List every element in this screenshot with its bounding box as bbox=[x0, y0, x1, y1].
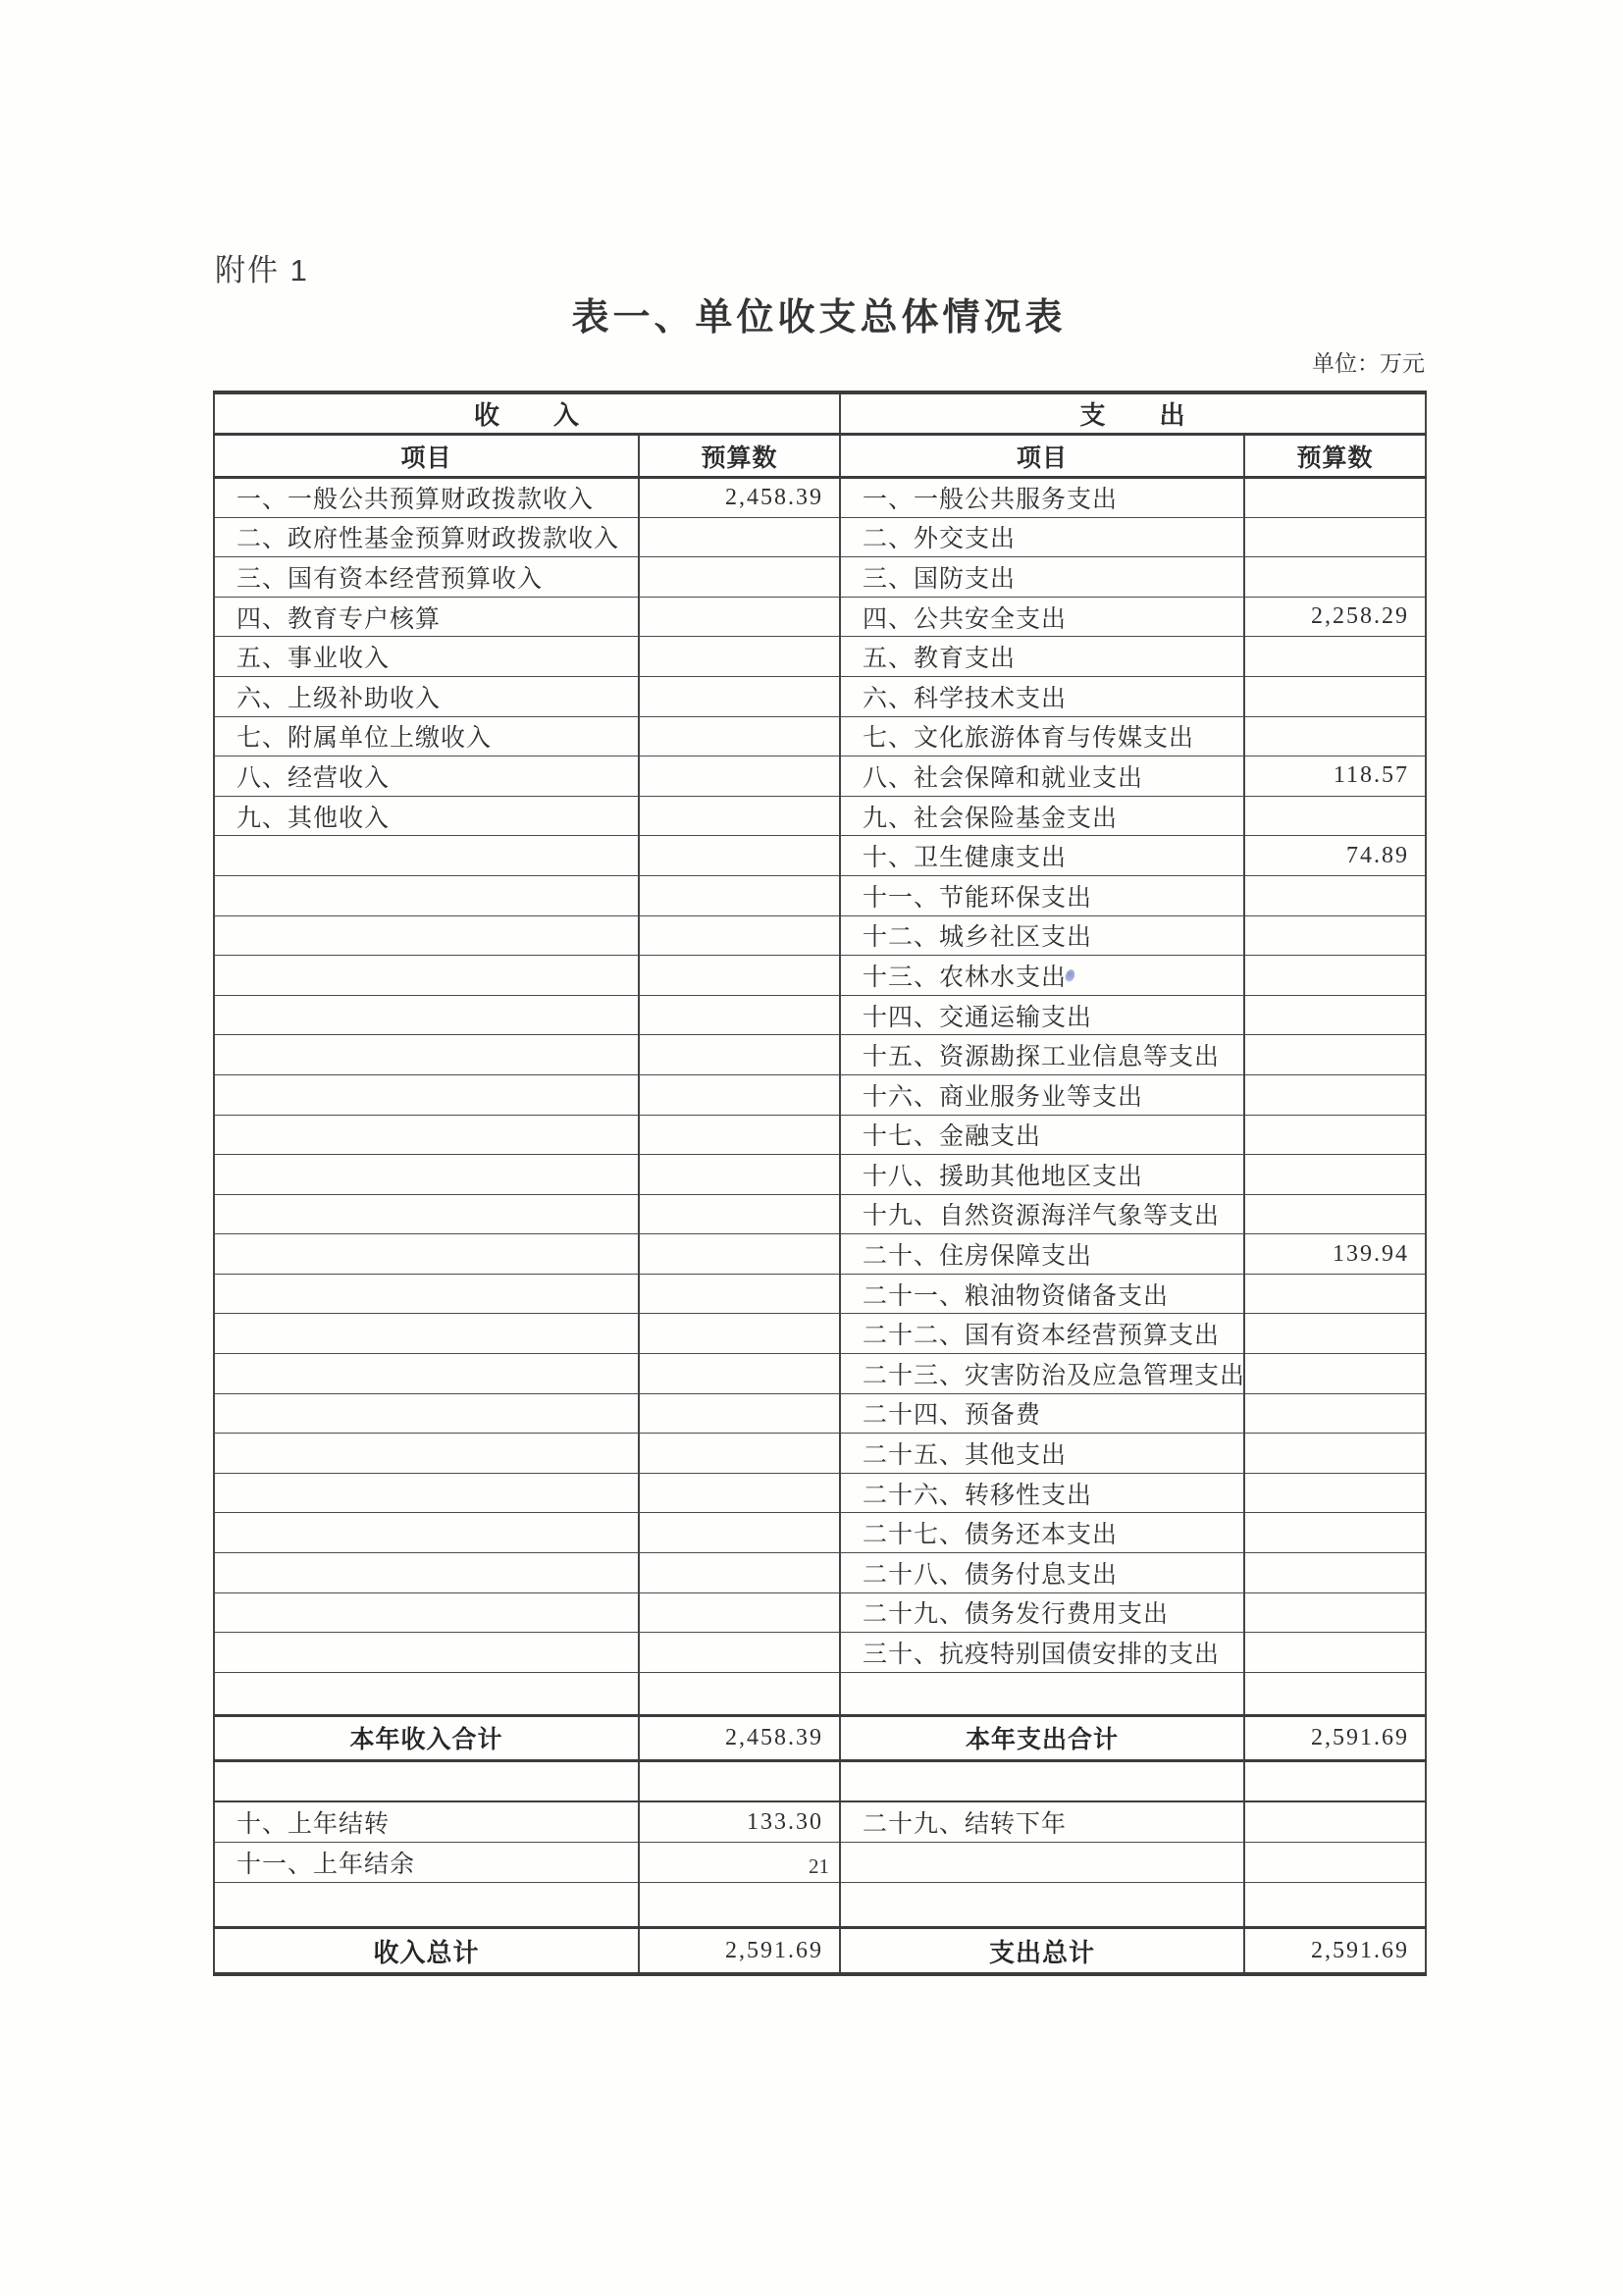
expense-item-cell: 二十四、预备费 bbox=[840, 1393, 1244, 1434]
income-item-cell: 十、上年结转 bbox=[214, 1801, 639, 1842]
income-value-cell bbox=[639, 836, 840, 876]
income-grand-total-value: 2,591.69 bbox=[639, 1927, 840, 1974]
income-item-cell bbox=[214, 1553, 639, 1593]
income-item-cell: 七、附属单位上缴收入 bbox=[214, 716, 639, 757]
table-row: 十、卫生健康支出74.89 bbox=[214, 836, 1426, 876]
table-row: 十九、自然资源海洋气象等支出 bbox=[214, 1194, 1426, 1234]
expense-value-cell bbox=[1244, 716, 1426, 757]
expense-section-header: 支 出 bbox=[840, 392, 1426, 435]
empty-cell bbox=[639, 1760, 840, 1801]
expense-item-cell: 五、教育支出 bbox=[840, 637, 1244, 677]
income-value-cell bbox=[639, 1633, 840, 1673]
table-row: 二十三、灾害防治及应急管理支出 bbox=[214, 1354, 1426, 1394]
income-value-cell bbox=[639, 1155, 840, 1195]
table-row: 六、上级补助收入六、科学技术支出 bbox=[214, 676, 1426, 716]
expense-value-cell bbox=[1244, 1473, 1426, 1513]
empty-cell bbox=[639, 1672, 840, 1715]
table-row: 八、经营收入八、社会保障和就业支出118.57 bbox=[214, 757, 1426, 797]
expense-value-cell bbox=[1244, 1354, 1426, 1394]
scanned-page: 附件 1 表一、单位收支总体情况表 单位：万元 收 入 支 出 项目 预算数 项… bbox=[0, 0, 1623, 2296]
table-row: 十七、金融支出 bbox=[214, 1115, 1426, 1155]
income-value-cell bbox=[639, 1194, 840, 1234]
expense-item-cell: 二十七、债务还本支出 bbox=[840, 1513, 1244, 1553]
income-item-cell bbox=[214, 875, 639, 915]
income-value-cell bbox=[639, 956, 840, 996]
income-value-cell bbox=[639, 716, 840, 757]
table-body: 一、一般公共预算财政拨款收入2,458.39一、一般公共服务支出二、政府性基金预… bbox=[214, 478, 1426, 1975]
expense-item-cell: 二十六、转移性支出 bbox=[840, 1473, 1244, 1513]
income-item-cell bbox=[214, 1074, 639, 1115]
spacer-row bbox=[214, 1760, 1426, 1801]
income-item-cell bbox=[214, 1155, 639, 1195]
income-grand-total-label: 收入总计 bbox=[214, 1927, 639, 1974]
expense-value-cell bbox=[1244, 1194, 1426, 1234]
expense-item-cell: 二十、住房保障支出 bbox=[840, 1234, 1244, 1275]
income-value-cell bbox=[639, 676, 840, 716]
table-row: 二十六、转移性支出 bbox=[214, 1473, 1426, 1513]
income-value-cell bbox=[639, 1553, 840, 1593]
income-value-cell: 133.30 bbox=[639, 1801, 840, 1842]
empty-cell bbox=[840, 1760, 1244, 1801]
income-value-cell bbox=[639, 1513, 840, 1553]
expense-value-cell: 2,258.29 bbox=[1244, 597, 1426, 637]
annual-income-total-label: 本年收入合计 bbox=[214, 1715, 639, 1760]
expense-value-cell bbox=[1244, 557, 1426, 598]
table-row: 二十、住房保障支出139.94 bbox=[214, 1234, 1426, 1275]
attachment-label: 附件 1 bbox=[215, 245, 309, 289]
income-item-cell bbox=[214, 1633, 639, 1673]
expense-item-cell: 二十三、灾害防治及应急管理支出 bbox=[840, 1354, 1244, 1394]
income-value-cell bbox=[639, 915, 840, 956]
empty-cell bbox=[1244, 1672, 1426, 1715]
table-row: 十六、商业服务业等支出 bbox=[214, 1074, 1426, 1115]
expense-value-cell: 139.94 bbox=[1244, 1234, 1426, 1275]
empty-cell bbox=[1244, 1882, 1426, 1927]
income-value-cell bbox=[639, 1592, 840, 1633]
expense-value-cell bbox=[1244, 1393, 1426, 1434]
income-value-cell bbox=[639, 557, 840, 598]
expense-value-cell: 118.57 bbox=[1244, 757, 1426, 797]
table-row: 十八、援助其他地区支出 bbox=[214, 1155, 1426, 1195]
expense-item-cell: 二十五、其他支出 bbox=[840, 1434, 1244, 1474]
table-row: 十二、城乡社区支出 bbox=[214, 915, 1426, 956]
annual-expense-total-value: 2,591.69 bbox=[1244, 1715, 1426, 1760]
expense-item-cell: 十、卫生健康支出 bbox=[840, 836, 1244, 876]
section-header-row: 收 入 支 出 bbox=[214, 392, 1426, 435]
expense-item-cell: 三、国防支出 bbox=[840, 557, 1244, 598]
expense-item-cell: 八、社会保障和就业支出 bbox=[840, 757, 1244, 797]
annual-subtotal-row: 本年收入合计2,458.39本年支出合计2,591.69 bbox=[214, 1715, 1426, 1760]
annual-expense-total-label: 本年支出合计 bbox=[840, 1715, 1244, 1760]
table-row: 三十、抗疫特别国债安排的支出 bbox=[214, 1633, 1426, 1673]
expense-grand-total-label: 支出总计 bbox=[840, 1927, 1244, 1974]
income-value-cell bbox=[639, 637, 840, 677]
expense-value-cell bbox=[1244, 1513, 1426, 1553]
expense-value-cell bbox=[1244, 1074, 1426, 1115]
expense-item-cell: 二十一、粮油物资储备支出 bbox=[840, 1274, 1244, 1314]
income-item-cell bbox=[214, 1473, 639, 1513]
income-value-cell: 2,458.39 bbox=[639, 478, 840, 518]
expense-value-cell bbox=[1244, 1801, 1426, 1842]
expense-item-cell: 十六、商业服务业等支出 bbox=[840, 1074, 1244, 1115]
expense-item-cell: 十七、金融支出 bbox=[840, 1115, 1244, 1155]
income-item-cell: 九、其他收入 bbox=[214, 796, 639, 836]
expense-item-cell: 十一、节能环保支出 bbox=[840, 875, 1244, 915]
income-item-cell bbox=[214, 995, 639, 1035]
expense-value-cell bbox=[1244, 1274, 1426, 1314]
income-item-cell bbox=[214, 1592, 639, 1633]
empty-cell bbox=[639, 1882, 840, 1927]
expense-item-cell: 二十九、债务发行费用支出 bbox=[840, 1592, 1244, 1633]
empty-cell bbox=[840, 1672, 1244, 1715]
income-item-cell bbox=[214, 1115, 639, 1155]
table-row: 二、政府性基金预算财政拨款收入二、外交支出 bbox=[214, 517, 1426, 557]
income-item-cell bbox=[214, 1513, 639, 1553]
income-value-cell bbox=[639, 1074, 840, 1115]
income-item-cell bbox=[214, 1354, 639, 1394]
expense-value-cell bbox=[1244, 1434, 1426, 1474]
income-value-cell bbox=[639, 1035, 840, 1075]
table-row: 九、其他收入九、社会保险基金支出 bbox=[214, 796, 1426, 836]
column-header-row: 项目 预算数 项目 预算数 bbox=[214, 435, 1426, 478]
expense-value-cell bbox=[1244, 875, 1426, 915]
expense-value-cell bbox=[1244, 1592, 1426, 1633]
empty-cell bbox=[214, 1672, 639, 1715]
income-value-cell bbox=[639, 1434, 840, 1474]
income-item-cell bbox=[214, 1274, 639, 1314]
spacer-row bbox=[214, 1672, 1426, 1715]
empty-cell bbox=[214, 1882, 639, 1927]
expense-value-cell bbox=[1244, 796, 1426, 836]
income-item-cell: 八、经营收入 bbox=[214, 757, 639, 797]
table-header: 收 入 支 出 项目 预算数 项目 预算数 bbox=[214, 392, 1426, 478]
income-value-cell bbox=[639, 517, 840, 557]
expense-value-cell: 74.89 bbox=[1244, 836, 1426, 876]
income-item-cell bbox=[214, 1434, 639, 1474]
spacer-row bbox=[214, 1882, 1426, 1927]
income-item-cell: 六、上级补助收入 bbox=[214, 676, 639, 716]
expense-item-cell: 二十八、债务付息支出 bbox=[840, 1553, 1244, 1593]
expense-item-cell: 十三、农林水支出 bbox=[840, 956, 1244, 996]
income-value-cell bbox=[639, 757, 840, 797]
unit-note: 单位：万元 bbox=[213, 345, 1425, 378]
income-value-cell bbox=[639, 796, 840, 836]
expense-value-cell bbox=[1244, 517, 1426, 557]
income-value-cell bbox=[639, 1115, 840, 1155]
table-row: 二十五、其他支出 bbox=[214, 1434, 1426, 1474]
table-row: 十三、农林水支出 bbox=[214, 956, 1426, 996]
income-item-cell bbox=[214, 1194, 639, 1234]
income-value-cell bbox=[639, 597, 840, 637]
expense-value-cell bbox=[1244, 676, 1426, 716]
empty-cell bbox=[840, 1882, 1244, 1927]
table-row: 二十七、债务还本支出 bbox=[214, 1513, 1426, 1553]
budget-table: 收 入 支 出 项目 预算数 项目 预算数 一、一般公共预算财政拨款收入2,45… bbox=[213, 391, 1427, 1976]
expense-value-cell bbox=[1244, 956, 1426, 996]
carryover-row: 十、上年结转133.30二十九、结转下年 bbox=[214, 1801, 1426, 1842]
table-row: 十四、交通运输支出 bbox=[214, 995, 1426, 1035]
table-row: 十一、节能环保支出 bbox=[214, 875, 1426, 915]
table-row: 五、事业收入五、教育支出 bbox=[214, 637, 1426, 677]
income-value-cell bbox=[639, 995, 840, 1035]
income-item-cell bbox=[214, 836, 639, 876]
income-item-cell: 五、事业收入 bbox=[214, 637, 639, 677]
expense-item-cell: 十四、交通运输支出 bbox=[840, 995, 1244, 1035]
income-value-cell bbox=[639, 1274, 840, 1314]
expense-item-cell: 七、文化旅游体育与传媒支出 bbox=[840, 716, 1244, 757]
page-title: 表一、单位收支总体情况表 bbox=[213, 287, 1425, 340]
table-row: 二十四、预备费 bbox=[214, 1393, 1426, 1434]
table-row: 一、一般公共预算财政拨款收入2,458.39一、一般公共服务支出 bbox=[214, 478, 1426, 518]
income-item-cell: 四、教育专户核算 bbox=[214, 597, 639, 637]
income-item-cell bbox=[214, 915, 639, 956]
expense-grand-total-value: 2,591.69 bbox=[1244, 1927, 1426, 1974]
table-row: 七、附属单位上缴收入七、文化旅游体育与传媒支出 bbox=[214, 716, 1426, 757]
income-value-cell bbox=[639, 1473, 840, 1513]
expense-item-cell: 六、科学技术支出 bbox=[840, 676, 1244, 716]
income-value-cell bbox=[639, 1354, 840, 1394]
expense-item-cell: 十九、自然资源海洋气象等支出 bbox=[840, 1194, 1244, 1234]
expense-value-cell bbox=[1244, 1553, 1426, 1593]
expense-item-cell: 十五、资源勘探工业信息等支出 bbox=[840, 1035, 1244, 1075]
expense-item-cell: 九、社会保险基金支出 bbox=[840, 796, 1244, 836]
income-value-cell bbox=[639, 1393, 840, 1434]
income-item-cell: 三、国有资本经营预算收入 bbox=[214, 557, 639, 598]
table-row: 二十一、粮油物资储备支出 bbox=[214, 1274, 1426, 1314]
empty-cell bbox=[214, 1760, 639, 1801]
page-number: 21 bbox=[213, 1854, 1425, 1879]
income-section-header: 收 入 bbox=[214, 392, 840, 435]
income-item-cell bbox=[214, 1035, 639, 1075]
income-item-cell bbox=[214, 1393, 639, 1434]
income-value-cell bbox=[639, 1314, 840, 1354]
expense-item-cell: 一、一般公共服务支出 bbox=[840, 478, 1244, 518]
expense-value-cell bbox=[1244, 915, 1426, 956]
expense-item-cell: 二十九、结转下年 bbox=[840, 1801, 1244, 1842]
expense-item-cell: 二十二、国有资本经营预算支出 bbox=[840, 1314, 1244, 1354]
table-row: 十五、资源勘探工业信息等支出 bbox=[214, 1035, 1426, 1075]
expense-budget-column-header: 预算数 bbox=[1244, 435, 1426, 478]
expense-value-cell bbox=[1244, 1115, 1426, 1155]
expense-item-cell: 三十、抗疫特别国债安排的支出 bbox=[840, 1633, 1244, 1673]
empty-cell bbox=[1244, 1760, 1426, 1801]
income-value-cell bbox=[639, 875, 840, 915]
expense-value-cell bbox=[1244, 478, 1426, 518]
expense-item-cell: 四、公共安全支出 bbox=[840, 597, 1244, 637]
expense-item-cell: 十二、城乡社区支出 bbox=[840, 915, 1244, 956]
income-item-cell: 一、一般公共预算财政拨款收入 bbox=[214, 478, 639, 518]
expense-item-column-header: 项目 bbox=[840, 435, 1244, 478]
income-item-cell bbox=[214, 956, 639, 996]
table-row: 二十九、债务发行费用支出 bbox=[214, 1592, 1426, 1633]
expense-value-cell bbox=[1244, 995, 1426, 1035]
income-item-column-header: 项目 bbox=[214, 435, 639, 478]
expense-item-cell: 二、外交支出 bbox=[840, 517, 1244, 557]
expense-value-cell bbox=[1244, 637, 1426, 677]
expense-value-cell bbox=[1244, 1314, 1426, 1354]
expense-value-cell bbox=[1244, 1155, 1426, 1195]
expense-value-cell bbox=[1244, 1035, 1426, 1075]
table-row: 二十二、国有资本经营预算支出 bbox=[214, 1314, 1426, 1354]
annual-income-total-value: 2,458.39 bbox=[639, 1715, 840, 1760]
expense-item-cell: 十八、援助其他地区支出 bbox=[840, 1155, 1244, 1195]
income-budget-column-header: 预算数 bbox=[639, 435, 840, 478]
table-row: 四、教育专户核算四、公共安全支出2,258.29 bbox=[214, 597, 1426, 637]
income-item-cell: 二、政府性基金预算财政拨款收入 bbox=[214, 517, 639, 557]
income-item-cell bbox=[214, 1314, 639, 1354]
income-value-cell bbox=[639, 1234, 840, 1275]
grand-total-row: 收入总计2,591.69支出总计2,591.69 bbox=[214, 1927, 1426, 1974]
table-row: 二十八、债务付息支出 bbox=[214, 1553, 1426, 1593]
income-item-cell bbox=[214, 1234, 639, 1275]
table-row: 三、国有资本经营预算收入三、国防支出 bbox=[214, 557, 1426, 598]
expense-value-cell bbox=[1244, 1633, 1426, 1673]
